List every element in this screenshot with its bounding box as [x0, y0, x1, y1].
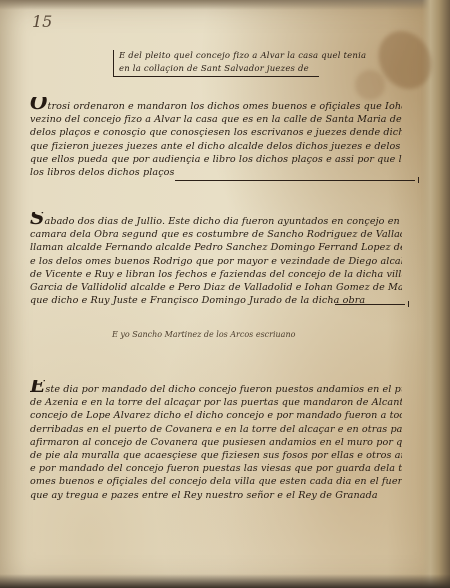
line-filler-rule [335, 304, 405, 305]
text-line: que ay tregua e pazes entre el Rey nuest… [30, 489, 402, 502]
text-line: que ellos pueda que por audiençia e libr… [30, 153, 402, 166]
text-line: concejo de Lope Alvarez dicho el dicho c… [30, 409, 402, 422]
text-block-3: Este dia por mandado del dicho concejo f… [30, 380, 402, 502]
text-line: e por mandado del concejo fueron puestas… [30, 462, 402, 475]
line-filler-rule [175, 180, 415, 181]
section-heading: E del pleito quel concejo fizo a Alvar l… [113, 50, 319, 77]
text-line: derribadas en el puerto de Covanera e en… [30, 423, 402, 436]
text-line: Este dia por mandado del dicho concejo f… [30, 380, 402, 396]
text-line: Otrosi ordenaron e mandaron los dichos o… [30, 97, 402, 113]
text-line: llaman alcalde Fernando alcalde Pedro Sa… [30, 241, 402, 254]
page-top-edge [0, 0, 450, 10]
heading-line: E del pleito quel concejo fizo a Alvar l… [119, 50, 319, 63]
page-gutter-edge [422, 0, 450, 588]
text-line: de Vicente e Ruy e libran los fechos e f… [30, 268, 402, 281]
text-line: de pie ala muralla que acaesçiese que fi… [30, 449, 402, 462]
text-line: camara dela Obra segund que es costumbre… [30, 228, 402, 241]
text-line: Garcia de Vallidolid alcalde e Pero Diaz… [30, 281, 402, 294]
text-line: e los delos omes buenos Rodrigo que por … [30, 255, 402, 268]
text-line: que fizieron juezes juezes ante el dicho… [30, 140, 402, 153]
text-line: vezino del concejo fizo a Alvar la casa … [30, 113, 402, 126]
water-stain [355, 70, 385, 100]
text-line: los libros delos dichos plaços [30, 166, 402, 179]
heading-line: en la collaçion de Sant Salvador juezes … [119, 63, 319, 76]
manuscript-page: 15 E del pleito quel concejo fizo a Alva… [0, 0, 450, 588]
text-block-2: Sabado dos dias de Jullio. Este dicho di… [30, 212, 402, 307]
text-line: delos plaços e conosçio que conosçiesen … [30, 126, 402, 139]
text-line: afirmaron al concejo de Covanera que pus… [30, 436, 402, 449]
folio-number: 15 [32, 12, 52, 31]
text-line: que dicho e Ruy Juste e Françisco Doming… [30, 294, 402, 307]
marginal-note: E yo Sancho Martinez de los Arcos escriu… [112, 330, 295, 339]
page-bottom-edge [0, 574, 450, 588]
text-line: omes buenos e ofiçiales del concejo dela… [30, 475, 402, 488]
text-block-1: Otrosi ordenaron e mandaron los dichos o… [30, 97, 402, 179]
text-line: Sabado dos dias de Jullio. Este dicho di… [30, 212, 402, 228]
text-line: de Azenia e en la torre del alcaçar por … [30, 396, 402, 409]
